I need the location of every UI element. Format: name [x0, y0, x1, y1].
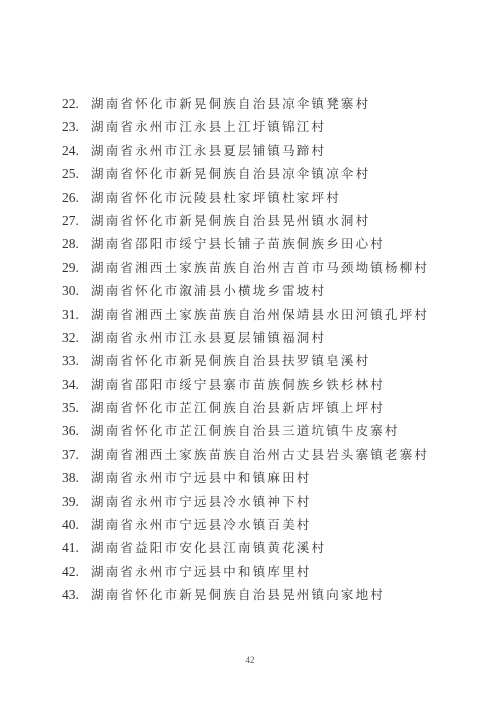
item-number: 42. — [62, 560, 91, 583]
page-number: 42 — [0, 655, 500, 665]
item-text: 湖南省永州市江永县夏层铺镇马蹄村 — [91, 139, 326, 162]
list-item: 23.湖南省永州市江永县上江圩镇锦江村 — [62, 115, 429, 138]
item-text: 湖南省怀化市新晃侗族自治县扶罗镇皂溪村 — [91, 349, 370, 372]
item-text: 湖南省邵阳市绥宁县寨市苗族侗族乡铁杉林村 — [91, 373, 385, 396]
item-number: 34. — [62, 373, 91, 396]
list-item: 40.湖南省永州市宁远县冷水镇百美村 — [62, 513, 429, 536]
list-item: 38.湖南省永州市宁远县中和镇麻田村 — [62, 466, 429, 489]
item-text: 湖南省邵阳市绥宁县长铺子苗族侗族乡田心村 — [91, 232, 385, 255]
list-item: 37.湖南省湘西土家族苗族自治州古丈县岩头寨镇老寨村 — [62, 443, 429, 466]
item-text: 湖南省怀化市芷江侗族自治县新店坪镇上坪村 — [91, 396, 385, 419]
item-text: 湖南省怀化市新晃侗族自治县晃州镇向家地村 — [91, 583, 385, 606]
item-text: 湖南省湘西土家族苗族自治州古丈县岩头寨镇老寨村 — [91, 443, 429, 466]
item-text: 湖南省永州市宁远县冷水镇百美村 — [91, 513, 312, 536]
item-text: 湖南省怀化市新晃侗族自治县晃州镇水洞村 — [91, 209, 370, 232]
item-number: 24. — [62, 139, 91, 162]
item-number: 27. — [62, 209, 91, 232]
item-number: 36. — [62, 419, 91, 442]
list-item: 35.湖南省怀化市芷江侗族自治县新店坪镇上坪村 — [62, 396, 429, 419]
list-item: 36.湖南省怀化市芷江侗族自治县三道坑镇牛皮寨村 — [62, 419, 429, 442]
item-text: 湖南省永州市宁远县中和镇库里村 — [91, 560, 312, 583]
item-text: 湖南省怀化市新晃侗族自治县凉伞镇凉伞村 — [91, 162, 370, 185]
item-number: 33. — [62, 349, 91, 372]
item-text: 湖南省湘西土家族苗族自治州吉首市马颈坳镇杨柳村 — [91, 256, 429, 279]
list-item: 22.湖南省怀化市新晃侗族自治县凉伞镇凳寨村 — [62, 92, 429, 115]
document-page: 22.湖南省怀化市新晃侗族自治县凉伞镇凳寨村 23.湖南省永州市江永县上江圩镇锦… — [0, 0, 500, 707]
item-number: 22. — [62, 92, 91, 115]
item-text: 湖南省益阳市安化县江南镇黄花溪村 — [91, 536, 326, 559]
item-number: 39. — [62, 490, 91, 513]
item-number: 35. — [62, 396, 91, 419]
item-number: 32. — [62, 326, 91, 349]
item-number: 23. — [62, 115, 91, 138]
item-text: 湖南省怀化市新晃侗族自治县凉伞镇凳寨村 — [91, 92, 370, 115]
item-number: 26. — [62, 186, 91, 209]
item-text: 湖南省湘西土家族苗族自治州保靖县水田河镇孔坪村 — [91, 303, 429, 326]
list-item: 32.湖南省永州市江永县夏层铺镇福洞村 — [62, 326, 429, 349]
item-number: 38. — [62, 466, 91, 489]
item-number: 28. — [62, 232, 91, 255]
list-item: 26.湖南省怀化市沅陵县杜家坪镇杜家坪村 — [62, 186, 429, 209]
item-text: 湖南省永州市宁远县中和镇麻田村 — [91, 466, 312, 489]
item-number: 37. — [62, 443, 91, 466]
item-number: 40. — [62, 513, 91, 536]
item-number: 43. — [62, 583, 91, 606]
list-item: 33.湖南省怀化市新晃侗族自治县扶罗镇皂溪村 — [62, 349, 429, 372]
list-item: 24.湖南省永州市江永县夏层铺镇马蹄村 — [62, 139, 429, 162]
item-number: 25. — [62, 162, 91, 185]
village-list: 22.湖南省怀化市新晃侗族自治县凉伞镇凳寨村 23.湖南省永州市江永县上江圩镇锦… — [62, 92, 429, 607]
list-item: 30.湖南省怀化市溆浦县小横垅乡雷坡村 — [62, 279, 429, 302]
item-number: 41. — [62, 536, 91, 559]
list-item: 25.湖南省怀化市新晃侗族自治县凉伞镇凉伞村 — [62, 162, 429, 185]
item-text: 湖南省怀化市沅陵县杜家坪镇杜家坪村 — [91, 186, 341, 209]
item-number: 29. — [62, 256, 91, 279]
list-item: 28.湖南省邵阳市绥宁县长铺子苗族侗族乡田心村 — [62, 232, 429, 255]
item-number: 31. — [62, 303, 91, 326]
list-item: 29.湖南省湘西土家族苗族自治州吉首市马颈坳镇杨柳村 — [62, 256, 429, 279]
list-item: 42.湖南省永州市宁远县中和镇库里村 — [62, 560, 429, 583]
list-item: 34.湖南省邵阳市绥宁县寨市苗族侗族乡铁杉林村 — [62, 373, 429, 396]
item-number: 30. — [62, 279, 91, 302]
item-text: 湖南省永州市江永县上江圩镇锦江村 — [91, 115, 326, 138]
list-item: 39.湖南省永州市宁远县冷水镇神下村 — [62, 490, 429, 513]
item-text: 湖南省怀化市溆浦县小横垅乡雷坡村 — [91, 279, 326, 302]
item-text: 湖南省永州市江永县夏层铺镇福洞村 — [91, 326, 326, 349]
list-item: 31.湖南省湘西土家族苗族自治州保靖县水田河镇孔坪村 — [62, 303, 429, 326]
list-item: 43.湖南省怀化市新晃侗族自治县晃州镇向家地村 — [62, 583, 429, 606]
item-text: 湖南省怀化市芷江侗族自治县三道坑镇牛皮寨村 — [91, 419, 400, 442]
list-item: 41.湖南省益阳市安化县江南镇黄花溪村 — [62, 536, 429, 559]
list-item: 27.湖南省怀化市新晃侗族自治县晃州镇水洞村 — [62, 209, 429, 232]
item-text: 湖南省永州市宁远县冷水镇神下村 — [91, 490, 312, 513]
